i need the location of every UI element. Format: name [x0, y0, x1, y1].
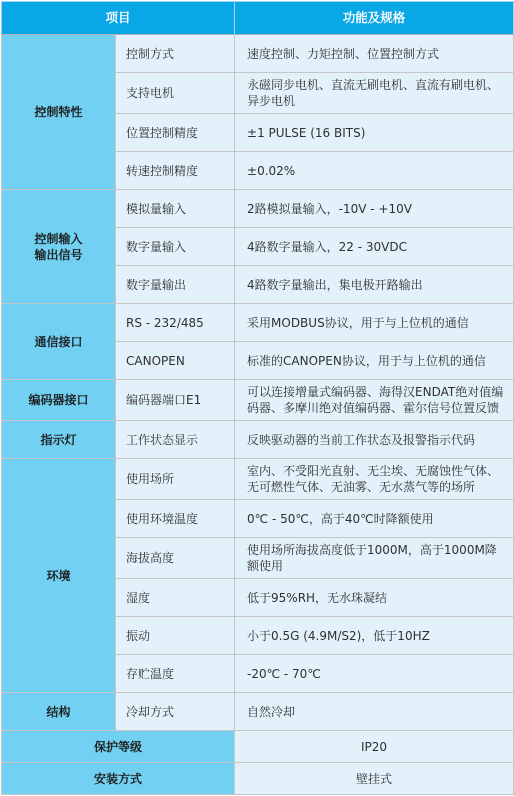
- category-cell-environment: 环境: [2, 459, 116, 693]
- header-row: 项目 功能及规格: [2, 2, 514, 35]
- table-row: 通信接口 RS - 232/485 采用MODBUS协议，用于与上位机的通信: [2, 304, 514, 342]
- spec-cell: 低于95%RH，无水珠凝结: [235, 579, 514, 617]
- category-cell-indicator: 指示灯: [2, 421, 116, 459]
- header-cell-spec: 功能及规格: [235, 2, 514, 35]
- category-cell-io-signals: 控制输入 输出信号: [2, 190, 116, 304]
- spec-cell: 4路数字量输入，22 - 30VDC: [235, 228, 514, 266]
- item-cell: 海拔高度: [116, 538, 235, 579]
- footer-value-mounting: 壁挂式: [235, 763, 514, 795]
- spec-cell: ±1 PULSE (16 BITS): [235, 114, 514, 152]
- header-cell-item: 项目: [2, 2, 235, 35]
- item-cell: 数字量输出: [116, 266, 235, 304]
- footer-label-mounting: 安装方式: [2, 763, 235, 795]
- item-cell: RS - 232/485: [116, 304, 235, 342]
- item-cell: 编码器端口E1: [116, 380, 235, 421]
- spec-cell: 室内、不受阳光直射、无尘埃、无腐蚀性气体、无可燃性气体、无油雾、无水蒸气等的场所: [235, 459, 514, 500]
- footer-label-protection: 保护等级: [2, 731, 235, 763]
- item-cell: 支持电机: [116, 73, 235, 114]
- spec-table: 项目 功能及规格 控制特性 控制方式 速度控制、力矩控制、位置控制方式 支持电机…: [1, 1, 514, 795]
- item-cell: 工作状态显示: [116, 421, 235, 459]
- spec-cell: 自然冷却: [235, 693, 514, 731]
- item-cell: 存贮温度: [116, 655, 235, 693]
- item-cell: 冷却方式: [116, 693, 235, 731]
- spec-cell: 使用场所海拔高度低于1000M，高于1000M降额使用: [235, 538, 514, 579]
- spec-cell: 反映驱动器的当前工作状态及报警指示代码: [235, 421, 514, 459]
- spec-cell: 0℃ - 50℃，高于40℃时降额使用: [235, 500, 514, 538]
- table-row: 保护等级 IP20: [2, 731, 514, 763]
- category-cell-structure: 结构: [2, 693, 116, 731]
- table-row: 指示灯 工作状态显示 反映驱动器的当前工作状态及报警指示代码: [2, 421, 514, 459]
- item-cell: 使用环境温度: [116, 500, 235, 538]
- spec-cell: 小于0.5G (4.9M/S2)，低于10HZ: [235, 617, 514, 655]
- spec-cell: ±0.02%: [235, 152, 514, 190]
- spec-cell: 可以连接增量式编码器、海得汉ENDAT绝对值编码器、多摩川绝对值编码器、霍尔信号…: [235, 380, 514, 421]
- table-row: 编码器接口 编码器端口E1 可以连接增量式编码器、海得汉ENDAT绝对值编码器、…: [2, 380, 514, 421]
- category-cell-encoder: 编码器接口: [2, 380, 116, 421]
- item-cell: 位置控制精度: [116, 114, 235, 152]
- spec-cell: 速度控制、力矩控制、位置控制方式: [235, 35, 514, 73]
- table-row: 结构 冷却方式 自然冷却: [2, 693, 514, 731]
- item-cell: 湿度: [116, 579, 235, 617]
- item-cell: 振动: [116, 617, 235, 655]
- table-row: 控制特性 控制方式 速度控制、力矩控制、位置控制方式: [2, 35, 514, 73]
- item-cell: CANOPEN: [116, 342, 235, 380]
- spec-cell: 永磁同步电机、直流无刷电机、直流有刷电机、异步电机: [235, 73, 514, 114]
- table-row: 安装方式 壁挂式: [2, 763, 514, 795]
- spec-cell: 标准的CANOPEN协议，用于与上位机的通信: [235, 342, 514, 380]
- page-container: 项目 功能及规格 控制特性 控制方式 速度控制、力矩控制、位置控制方式 支持电机…: [0, 0, 514, 796]
- item-cell: 模拟量输入: [116, 190, 235, 228]
- category-cell-communication: 通信接口: [2, 304, 116, 380]
- category-cell-control: 控制特性: [2, 35, 116, 190]
- table-row: 环境 使用场所 室内、不受阳光直射、无尘埃、无腐蚀性气体、无可燃性气体、无油雾、…: [2, 459, 514, 500]
- spec-cell: 2路模拟量输入，-10V - +10V: [235, 190, 514, 228]
- spec-cell: 4路数字量输出，集电极开路输出: [235, 266, 514, 304]
- spec-cell: -20℃ - 70℃: [235, 655, 514, 693]
- item-cell: 使用场所: [116, 459, 235, 500]
- spec-cell: 采用MODBUS协议，用于与上位机的通信: [235, 304, 514, 342]
- table-row: 控制输入 输出信号 模拟量输入 2路模拟量输入，-10V - +10V: [2, 190, 514, 228]
- item-cell: 转速控制精度: [116, 152, 235, 190]
- footer-value-protection: IP20: [235, 731, 514, 763]
- item-cell: 数字量输入: [116, 228, 235, 266]
- item-cell: 控制方式: [116, 35, 235, 73]
